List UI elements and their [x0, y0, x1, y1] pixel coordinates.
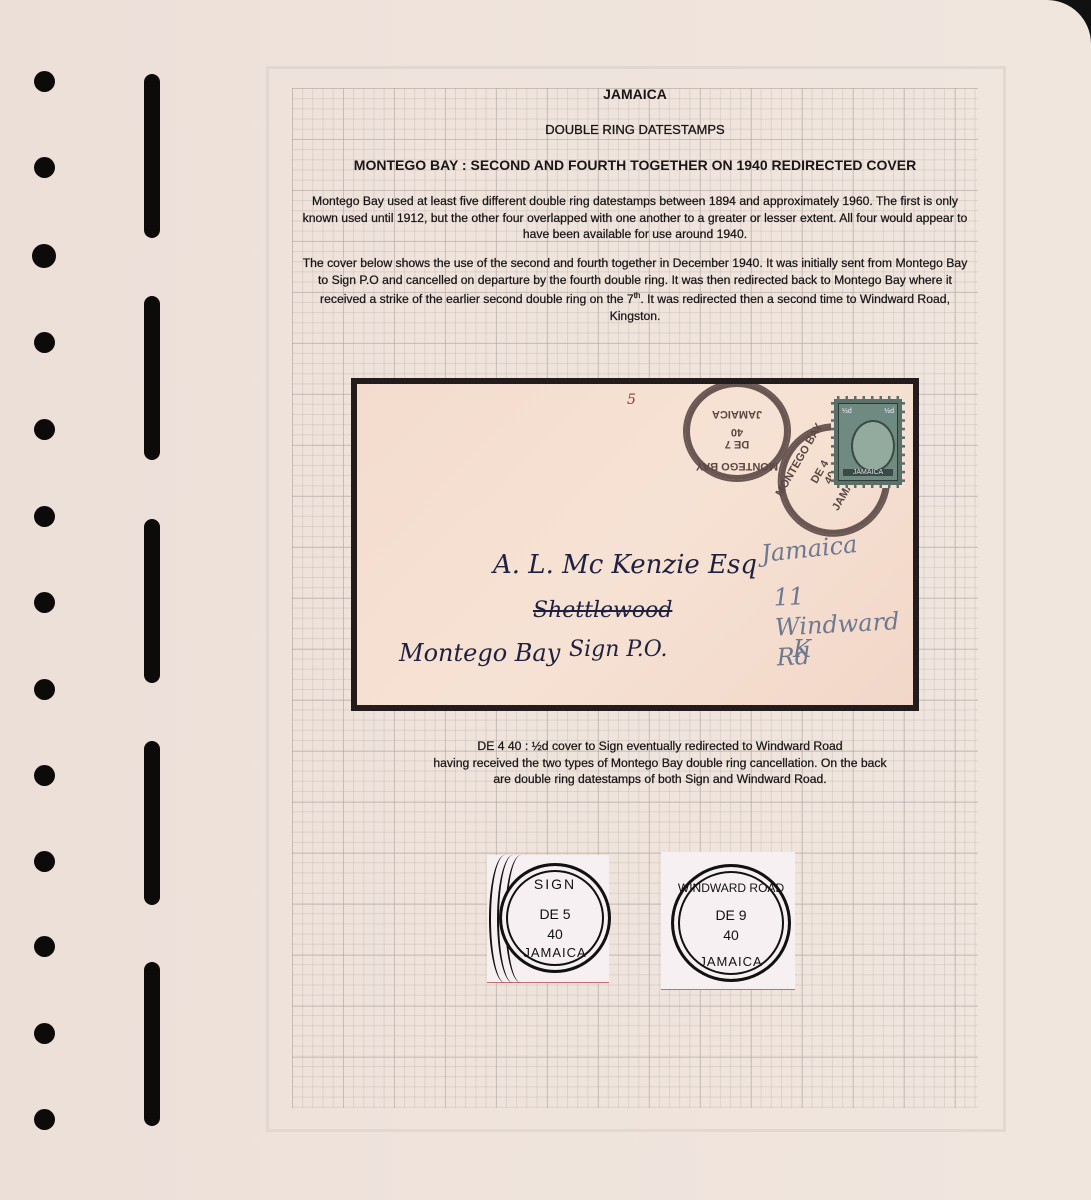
binder-slot — [144, 296, 160, 460]
binder-hole — [34, 157, 55, 178]
cover-caption: DE 4 40 : ½d cover to Sign eventually re… — [380, 738, 940, 788]
stamp-value: ½d — [842, 408, 852, 415]
stamp-value: ½d — [884, 408, 894, 415]
binder-hole — [34, 1109, 55, 1130]
address-struck-line: Shettlewood — [533, 598, 672, 623]
pencil-redirect-line: K — [793, 634, 811, 664]
binder-hole — [34, 506, 55, 527]
description-paragraph: The cover below shows the use of the sec… — [300, 255, 970, 324]
page-heading: MONTEGO BAY : SECOND AND FOURTH TOGETHER… — [300, 157, 970, 173]
postmark-montego-bay-second: MONTEGO BAY DE 7 40 JAMAICA — [683, 384, 791, 482]
binder-slot — [144, 74, 160, 238]
address-name: A. L. Mc Kenzie Esq — [493, 550, 757, 580]
binder-slot — [144, 741, 160, 905]
binder-hole — [34, 71, 55, 92]
page-title: JAMAICA — [300, 86, 970, 102]
intro-paragraph: Montego Bay used at least five different… — [300, 193, 970, 243]
binder-slot — [144, 519, 160, 683]
binder-hole — [34, 765, 55, 786]
stamp-country: JAMAICA — [843, 469, 893, 476]
binder-slot — [144, 962, 160, 1126]
postage-stamp: ½d ½d JAMAICA — [831, 396, 905, 488]
binder-hole — [34, 592, 55, 613]
datestamp-windward-road: WINDWARD ROAD DE 940 JAMAICA — [671, 864, 791, 982]
backstamp-piece-sign: SIGN DE 540 JAMAICA — [487, 855, 609, 983]
binder-hole — [34, 936, 55, 957]
binder-hole — [34, 1023, 55, 1044]
album-page: JAMAICA DOUBLE RING DATESTAMPS MONTEGO B… — [0, 0, 1091, 1200]
pencil-redirect-line: Jamaica — [760, 529, 859, 569]
datestamp-sign: SIGN DE 540 JAMAICA — [499, 863, 611, 973]
envelope-cover: 5 MONTEGO BAY DE 7 40 JAMAICA MONTEGO BA… — [357, 384, 913, 705]
page-subtitle: DOUBLE RING DATESTAMPS — [300, 122, 970, 137]
king-portrait-icon — [851, 420, 895, 472]
address-montego-bay: Montego Bay — [399, 639, 560, 667]
binder-hole — [34, 419, 55, 440]
binder-hole — [34, 851, 55, 872]
binder-hole — [32, 244, 56, 268]
backstamp-piece-windward-road: WINDWARD ROAD DE 940 JAMAICA — [661, 852, 795, 990]
binder-hole — [34, 679, 55, 700]
binder-hole — [34, 332, 55, 353]
address-sign-po: Sign P.O. — [569, 637, 667, 662]
red-manuscript-mark: 5 — [627, 392, 636, 408]
cover-mount: 5 MONTEGO BAY DE 7 40 JAMAICA MONTEGO BA… — [351, 378, 919, 711]
